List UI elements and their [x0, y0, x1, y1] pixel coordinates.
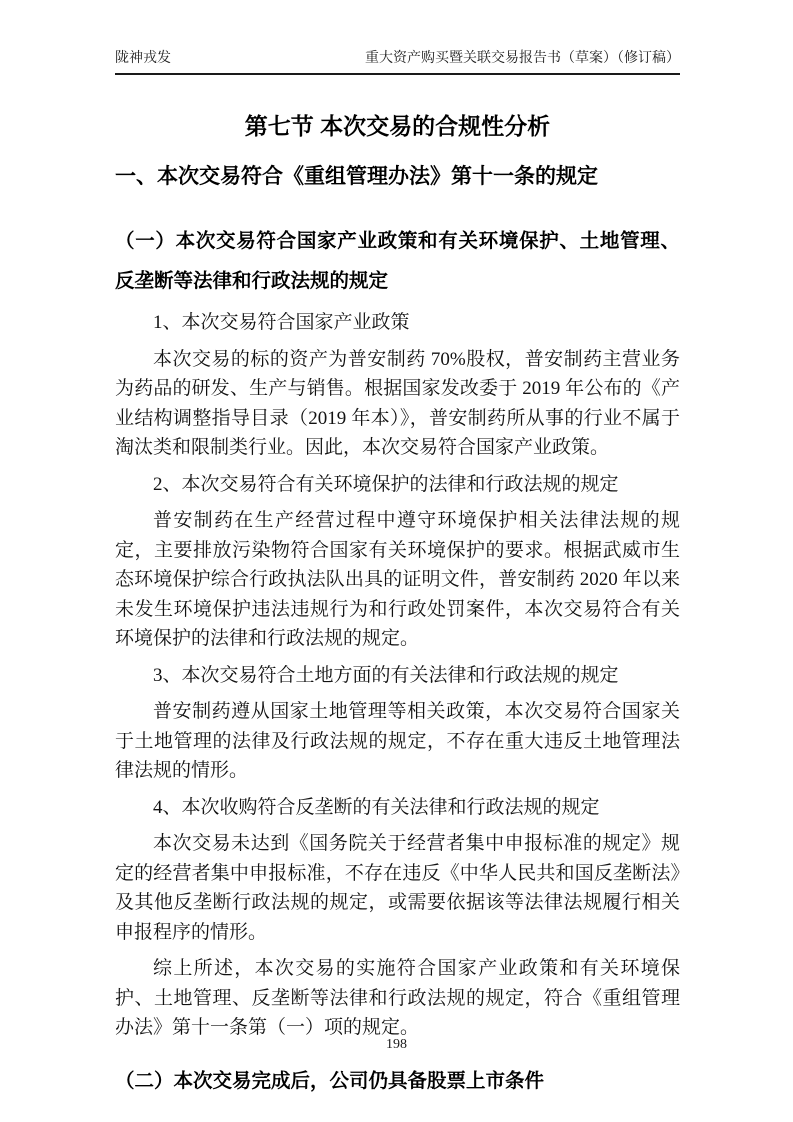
- summary-paragraph: 综上所述，本次交易的实施符合国家产业政策和有关环境保护、土地管理、反垄断等法律和…: [115, 954, 680, 1043]
- item-1-heading: 1、本次交易符合国家产业政策: [115, 308, 680, 338]
- item-4-paragraph: 本次交易未达到《国务院关于经营者集中申报标准的规定》规定的经营者集中申报标准，不…: [115, 829, 680, 947]
- item-3-paragraph: 普安制药遵从国家土地管理等相关政策，本次交易符合国家关于土地管理的法律及行政法规…: [115, 697, 680, 786]
- chapter-title: 第七节 本次交易的合规性分析: [115, 111, 680, 141]
- document-page: 陇神戎发 重大资产购买暨关联交易报告书（草案）（修订稿） 第七节 本次交易的合规…: [0, 0, 793, 1122]
- page-header: 陇神戎发 重大资产购买暨关联交易报告书（草案）（修订稿）: [115, 50, 680, 75]
- header-report-title: 重大资产购买暨关联交易报告书（草案）（修订稿）: [365, 50, 680, 68]
- item-2-heading: 2、本次交易符合有关环境保护的法律和行政法规的规定: [115, 470, 680, 500]
- section-heading-1: 一、本次交易符合《重组管理办法》第十一条的规定: [115, 163, 680, 191]
- header-company-name: 陇神戎发: [115, 50, 171, 68]
- subsection-heading-2: （二）本次交易完成后，公司仍具备股票上市条件: [115, 1061, 680, 1101]
- item-3-heading: 3、本次交易符合土地方面的有关法律和行政法规的规定: [115, 661, 680, 691]
- item-4-heading: 4、本次收购符合反垄断的有关法律和行政法规的规定: [115, 793, 680, 823]
- subsection-heading-1: （一）本次交易符合国家产业政策和有关环境保护、土地管理、反垄断等法律和行政法规的…: [115, 221, 680, 301]
- page-number: 198: [0, 1036, 793, 1054]
- item-1-paragraph: 本次交易的标的资产为普安制药 70%股权，普安制药主营业务为药品的研发、生产与销…: [115, 345, 680, 463]
- item-2-paragraph: 普安制药在生产经营过程中遵守环境保护相关法律法规的规定，主要排放污染物符合国家有…: [115, 506, 680, 654]
